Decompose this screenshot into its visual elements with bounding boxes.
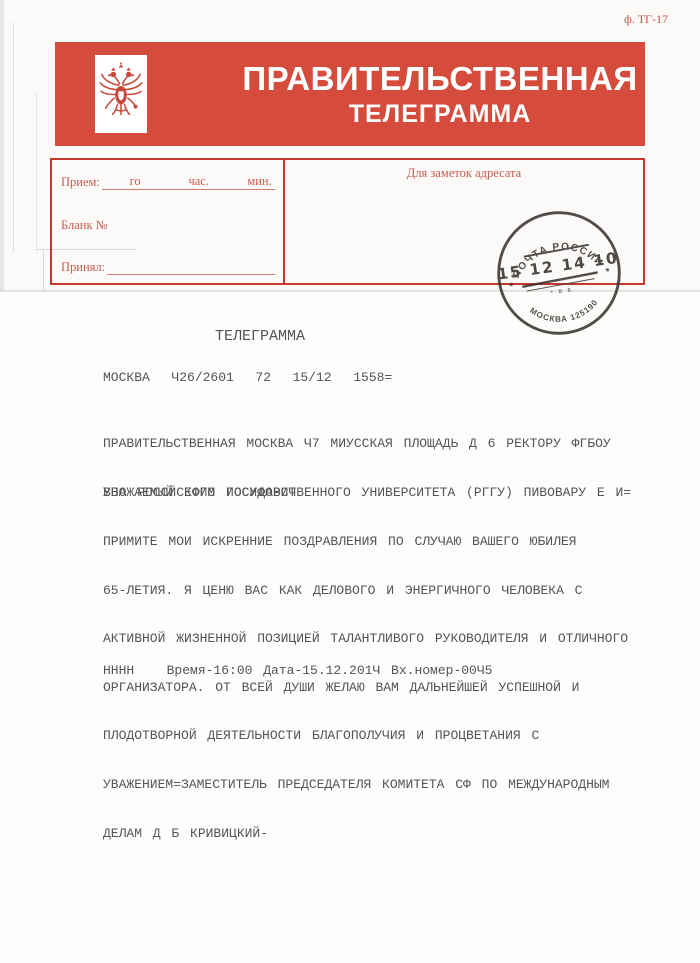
service-footer-line: НННН Время-16:00 Дата-15.12.201Ч Вх.номе… bbox=[103, 663, 492, 679]
coat-of-arms-icon bbox=[98, 59, 144, 129]
reception-form-left: Прием: го час. мин. Бланк № Принял: bbox=[52, 160, 285, 283]
priem-label: Прием: bbox=[61, 175, 100, 190]
address-line: ПРАВИТЕЛЬСТВЕННАЯ МОСКВА Ч7 МИУССКАЯ ПЛО… bbox=[103, 436, 631, 452]
body-line: ОРГАНИЗАТОРА. ОТ ВСЕЙ ДУШИ ЖЕЛАЮ ВАМ ДАЛ… bbox=[103, 680, 628, 696]
blank-number-label: Бланк № bbox=[61, 218, 108, 233]
body-line: ДЕЛАМ Д Б КРИВИЦКИЙ- bbox=[103, 826, 628, 842]
form-code: ф. ТГ-17 bbox=[624, 12, 668, 27]
body-line: УВАЖАЕМЫЙ ЕФИМ ИОСИФОВИЧ bbox=[103, 485, 628, 501]
banner-text: ПРАВИТЕЛЬСТВЕННАЯ ТЕЛЕГРАММА bbox=[245, 42, 635, 146]
notes-header: Для заметок адресата bbox=[285, 166, 643, 181]
prinyal-row: Принял: bbox=[61, 257, 275, 275]
priem-row: Прием: го час. мин. bbox=[61, 172, 275, 190]
prinyal-label: Принял: bbox=[61, 260, 105, 275]
body-line: АКТИВНОЙ ЖИЗНЕННОЙ ПОЗИЦИЕЙ ТАЛАНТЛИВОГО… bbox=[103, 631, 628, 647]
emblem-box bbox=[95, 55, 147, 133]
postmark-date: 15 12 14 10 bbox=[496, 249, 620, 284]
unit-chas-label: час. bbox=[188, 174, 209, 189]
body-line: ПРИМИТЕ МОИ ИСКРЕННИЕ ПОЗДРАВЛЕНИЯ ПО СЛ… bbox=[103, 534, 628, 550]
banner-title: ПРАВИТЕЛЬСТВЕННАЯ bbox=[242, 60, 637, 98]
unit-go-label: го bbox=[130, 174, 141, 189]
scan-artifact-line bbox=[43, 249, 44, 292]
government-telegram-banner: ПРАВИТЕЛЬСТВЕННАЯ ТЕЛЕГРАММА bbox=[55, 42, 645, 146]
postmark-small-text: * В 8 bbox=[550, 287, 573, 296]
priem-blank-line: го час. мин. bbox=[102, 174, 275, 190]
scan-artifact-line bbox=[13, 22, 14, 252]
postmark-stamp: * ПОЧТА РОССИИ * 15 12 14 10 * В 8 МОСКВ… bbox=[483, 197, 634, 348]
unit-min-label: мин. bbox=[247, 174, 271, 189]
body-line: 65-ЛЕТИЯ. Я ЦЕНЮ ВАС КАК ДЕЛОВОГО И ЭНЕР… bbox=[103, 583, 628, 599]
prinyal-blank-line bbox=[107, 259, 275, 275]
blank-number-row: Бланк № bbox=[61, 215, 275, 233]
routing-line: МОСКВА Ч26/2601 72 15/12 1558= bbox=[103, 370, 392, 386]
banner-subtitle: ТЕЛЕГРАММА bbox=[349, 98, 532, 130]
scan-artifact-line bbox=[36, 92, 37, 252]
body-line: ПЛОДОТВОРНОЙ ДЕЯТЕЛЬНОСТИ БЛАГОПОЛУЧИЯ И… bbox=[103, 728, 628, 744]
body-line: УВАЖЕНИЕМ=ЗАМЕСТИТЕЛЬ ПРЕДСЕДАТЕЛЯ КОМИТ… bbox=[103, 777, 628, 793]
scanned-telegram-page: ф. ТГ-17 bbox=[0, 0, 700, 963]
telegram-heading: ТЕЛЕГРАММА bbox=[215, 329, 305, 345]
